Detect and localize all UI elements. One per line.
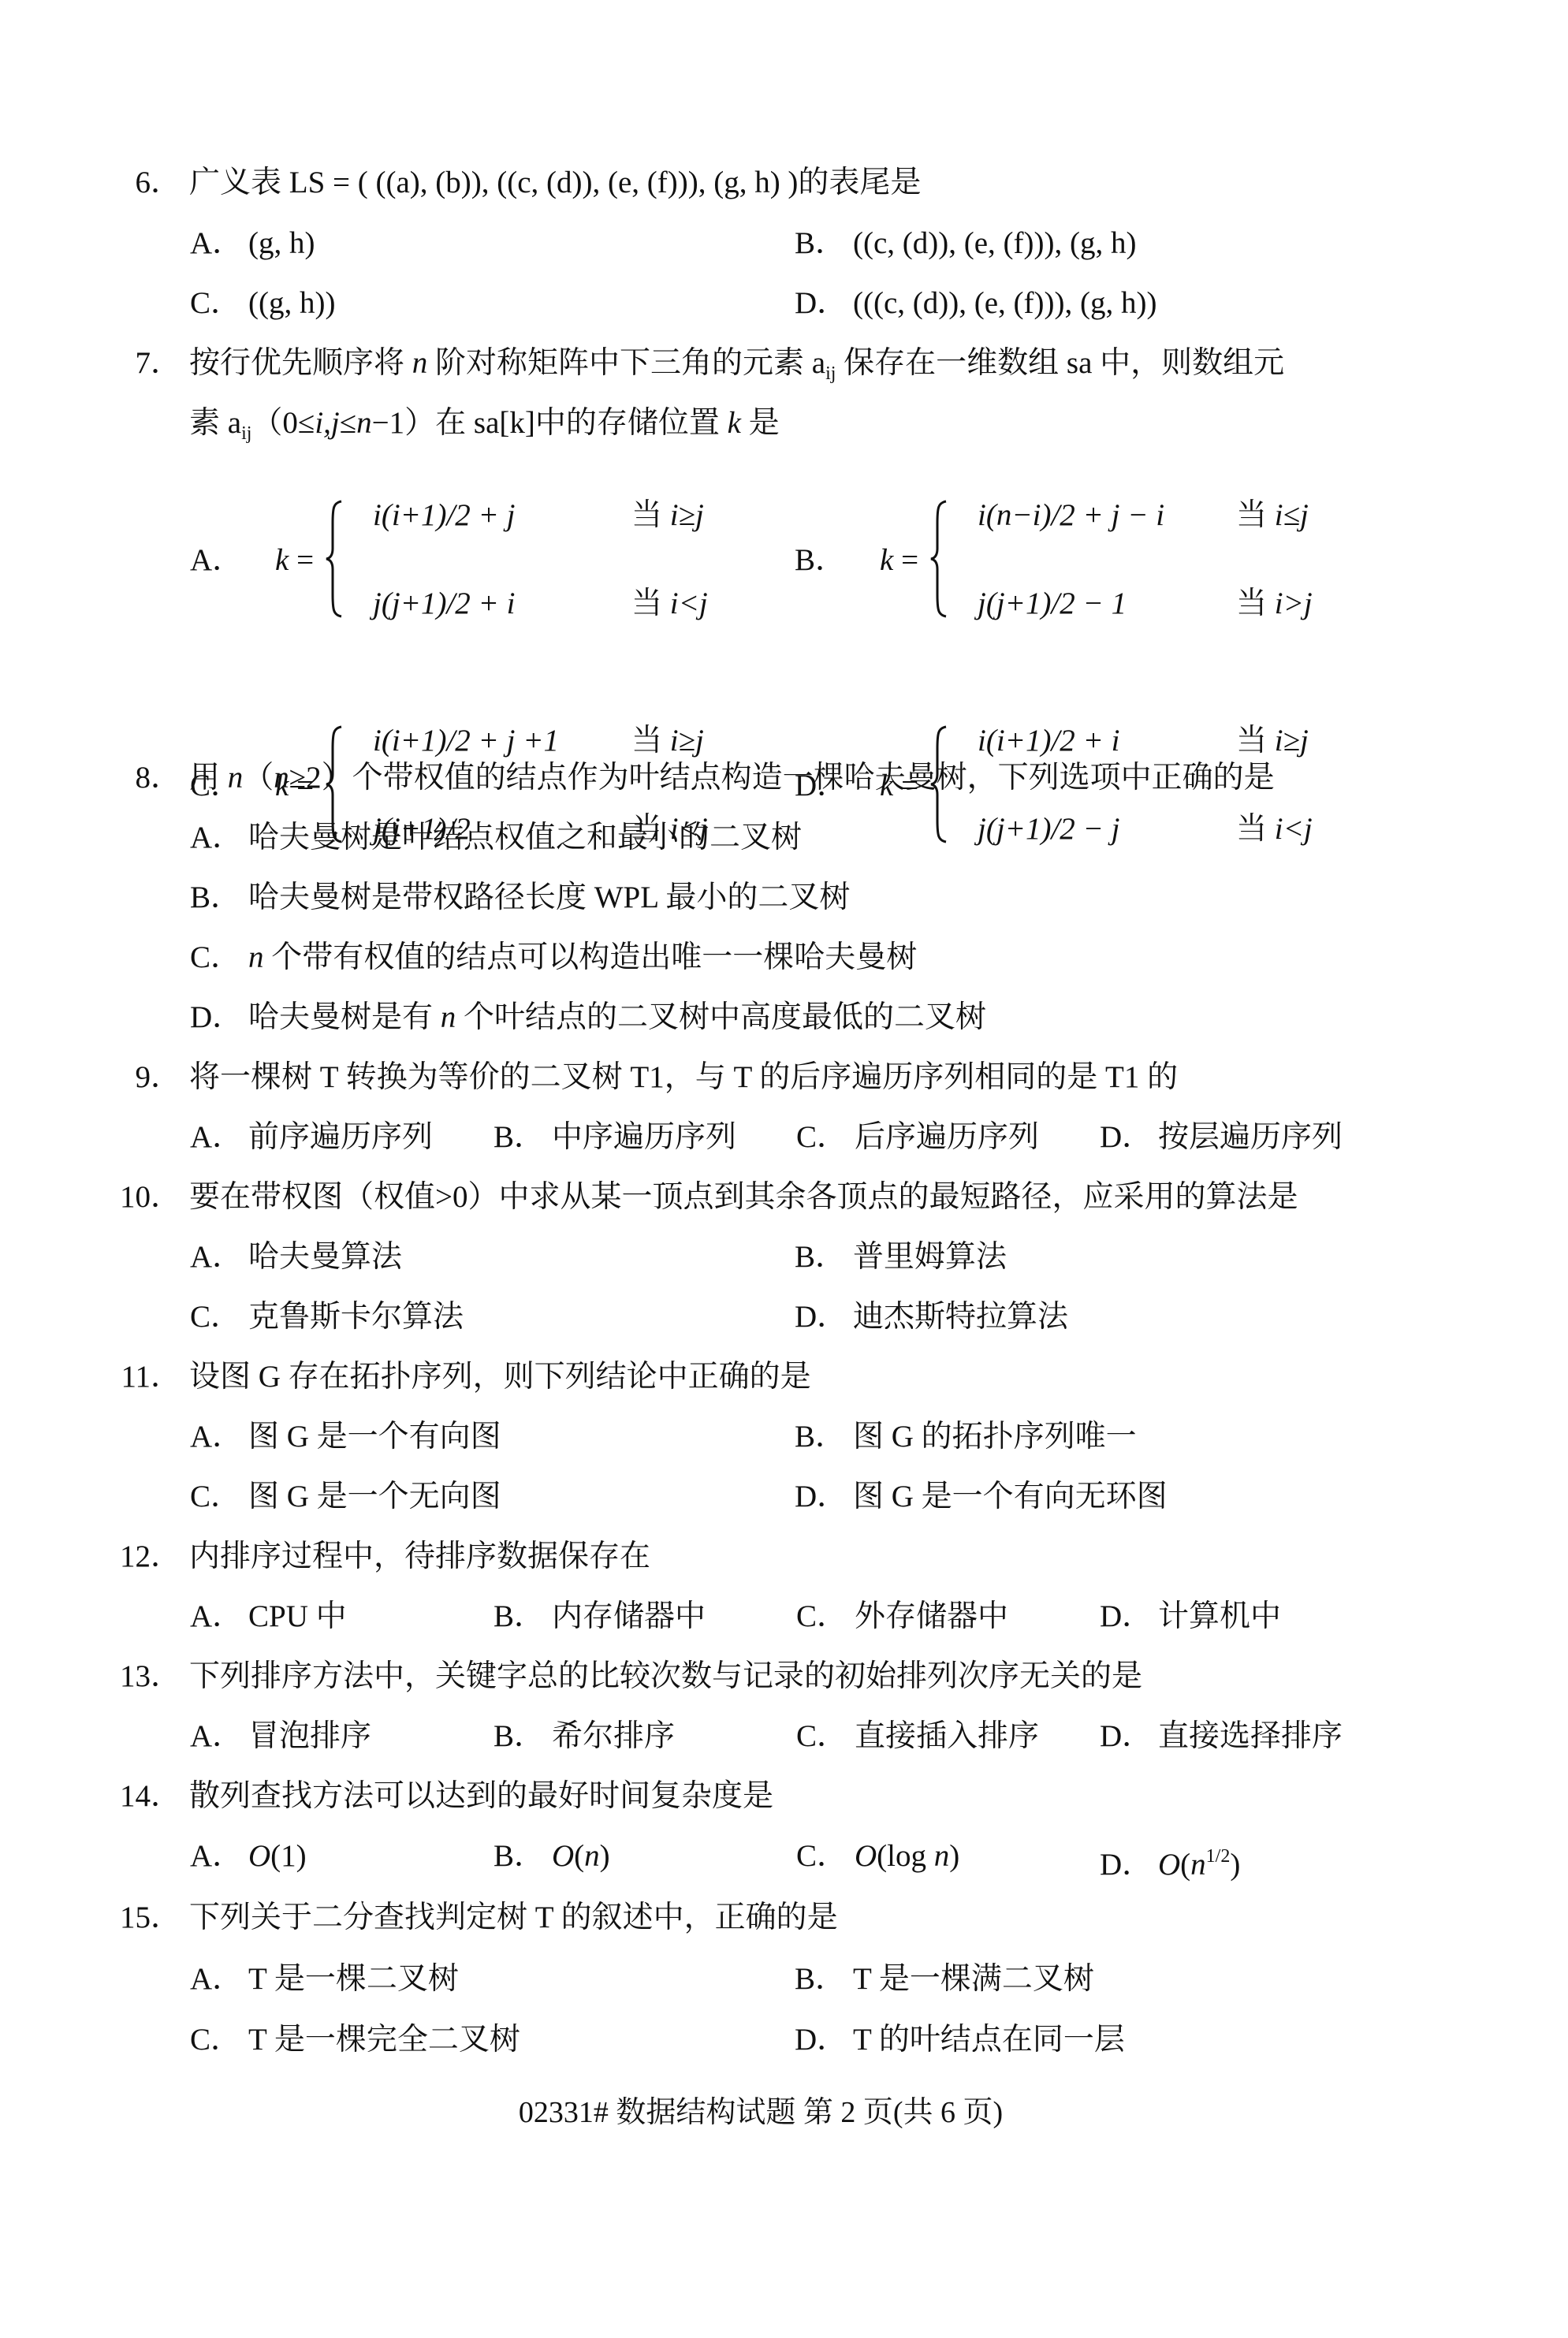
option-letter: B． [493, 1714, 552, 1759]
q15-option-a[interactable]: A．T 是一棵二叉树 [190, 1957, 459, 2001]
case-2: j(j+1)/2 + i [373, 582, 515, 626]
question-7: 7． 按行优先顺序将 n 阶对称矩阵中下三角的元素 aij 保存在一维数组 sa… [0, 341, 1568, 385]
option-text: 内存储器中 [552, 1599, 706, 1633]
question-number: 8． [118, 756, 181, 800]
q10-option-b[interactable]: B．普里姆算法 [795, 1235, 1007, 1279]
q12-option-a[interactable]: A．CPU 中 [190, 1595, 347, 1639]
option-letter: A． [190, 1834, 248, 1878]
paren: ) [949, 1839, 959, 1873]
question-12: 12． 内排序过程中，待排序数据保存在 [0, 1535, 1568, 1579]
option-text: T 是一棵完全二叉树 [248, 2023, 520, 2057]
question-number: 6． [118, 161, 181, 205]
option-text: 个叶结点的二叉树中高度最低的二叉树 [456, 1000, 986, 1034]
question-stem: 用 n（n≥2）个带权值的结点作为叶结点构造一棵哈夫曼树，下列选项中正确的是 [189, 756, 1275, 800]
option-letter: B． [190, 876, 248, 920]
condition-2: 当 i>j [1236, 582, 1313, 626]
q15-option-d[interactable]: D．T 的叶结点在同一层 [795, 2018, 1125, 2062]
option-letter: C． [796, 1595, 855, 1639]
stem-text: （0≤ [251, 406, 315, 440]
option-letter: A． [190, 1595, 248, 1639]
question-8: 8． 用 n（n≥2）个带权值的结点作为叶结点构造一棵哈夫曼树，下列选项中正确的… [0, 756, 1568, 800]
question-stem: 下列排序方法中，关键字总的比较次数与记录的初始排列次序无关的是 [189, 1655, 1142, 1699]
option-letter: D． [1100, 1595, 1158, 1639]
option-text: 直接选择排序 [1158, 1719, 1343, 1753]
option-letter: D． [795, 281, 853, 326]
condition-2: 当 i<j [1236, 807, 1313, 851]
paren: ) [1230, 1848, 1240, 1882]
option-letter: A． [190, 1415, 248, 1459]
option-text: T 的叶结点在同一层 [853, 2023, 1125, 2057]
option-text: 后序遍历序列 [855, 1120, 1039, 1154]
q15-option-b[interactable]: B．T 是一棵满二叉树 [795, 1957, 1094, 2001]
question-7-line-2: 素 aij（0≤i,j≤n−1）在 sa[k]中的存储位置 k 是 [189, 401, 780, 445]
option-text: 克鲁斯卡尔算法 [248, 1300, 464, 1334]
option-text: ((c, (d)), (e, (f))), (g, h) [853, 226, 1136, 260]
question-stem: 设图 G 存在拓扑序列，则下列结论中正确的是 [189, 1355, 811, 1399]
option-text: 计算机中 [1158, 1599, 1281, 1633]
option-text: CPU 中 [248, 1599, 347, 1633]
variable-n: n [1190, 1848, 1206, 1882]
condition-1: 当 i≥j [631, 493, 704, 538]
option-text: T 是一棵满二叉树 [853, 1962, 1094, 1996]
option-letter: B． [795, 538, 846, 583]
option-letter: B． [795, 222, 853, 266]
question-9: 9． 将一棵树 T 转换为等价的二叉树 T1，与 T 的后序遍历序列相同的是 T… [0, 1055, 1568, 1100]
question-stem: 散列查找方法可以达到的最好时间复杂度是 [189, 1774, 773, 1819]
variable-n: n [441, 1000, 456, 1034]
condition-2: 当 i<j [631, 582, 708, 626]
question-stem: 内排序过程中，待排序数据保存在 [189, 1535, 650, 1579]
question-13: 13． 下列排序方法中，关键字总的比较次数与记录的初始排列次序无关的是 [0, 1655, 1568, 1699]
q6-option-d[interactable]: D．(((c, (d)), (e, (f))), (g, h)) [795, 281, 1156, 326]
option-text: 冒泡排序 [248, 1719, 371, 1753]
question-number: 14． [118, 1774, 181, 1819]
option-text: 希尔排序 [552, 1719, 675, 1753]
option-letter: D． [1100, 1843, 1158, 1887]
option-letter: C． [190, 2018, 248, 2062]
stem-text: 阶对称矩阵中下三角的元素 a [427, 346, 825, 380]
q10-option-a[interactable]: A．哈夫曼算法 [190, 1235, 402, 1279]
option-text: (((c, (d)), (e, (f))), (g, h)) [853, 286, 1156, 320]
option-letter: A． [190, 1235, 248, 1279]
stem-text: ≤ [340, 406, 356, 440]
option-text: 外存储器中 [855, 1599, 1008, 1633]
option-text: 哈夫曼树是有 [248, 1000, 441, 1034]
q13-option-d[interactable]: D．直接选择排序 [1100, 1714, 1343, 1759]
option-text: T 是一棵二叉树 [248, 1962, 459, 1996]
stem-text: 素 a [189, 406, 241, 440]
left-brace-icon [326, 500, 343, 618]
option-letter: D． [1100, 1115, 1158, 1160]
option-letter: C． [190, 1295, 248, 1339]
q8-option-b[interactable]: B．哈夫曼树是带权路径长度 WPL 最小的二叉树 [190, 876, 850, 920]
option-text: 哈夫曼算法 [248, 1240, 402, 1274]
q11-option-b[interactable]: B．图 G 的拓扑序列唯一 [795, 1415, 1137, 1459]
option-letter: A． [190, 1957, 248, 2001]
question-number: 15． [118, 1896, 181, 1940]
option-text: 图 G 是一个有向无环图 [853, 1480, 1168, 1513]
q9-option-d[interactable]: D．按层遍历序列 [1100, 1115, 1343, 1160]
option-letter: B． [493, 1834, 552, 1878]
subscript-ij: ij [825, 363, 836, 384]
option-letter: C． [190, 1475, 248, 1519]
option-text: (g, h) [248, 226, 315, 260]
stem-text: 保存在一维数组 sa 中，则数组元 [836, 346, 1284, 380]
question-number: 10． [118, 1175, 181, 1219]
q12-option-d[interactable]: D．计算机中 [1100, 1595, 1281, 1639]
question-stem: 要在带权图（权值>0）中求从某一顶点到其余各顶点的最短路径，应采用的算法是 [189, 1175, 1298, 1219]
q8-option-a[interactable]: A．哈夫曼树是叶结点权值之和最小的二叉树 [190, 816, 802, 860]
option-text: 图 G 的拓扑序列唯一 [853, 1420, 1137, 1454]
option-letter: D． [795, 1295, 853, 1339]
case-1: i(i+1)/2 + j [373, 493, 515, 538]
option-letter: A． [190, 1115, 248, 1160]
option-text: 图 G 是一个无向图 [248, 1480, 501, 1513]
paren: ( [1180, 1848, 1190, 1882]
question-10: 10． 要在带权图（权值>0）中求从某一顶点到其余各顶点的最短路径，应采用的算法… [0, 1175, 1568, 1219]
variable-n: n [248, 940, 264, 974]
question-stem-line-1: 按行优先顺序将 n 阶对称矩阵中下三角的元素 aij 保存在一维数组 sa 中，… [189, 341, 1284, 396]
condition-1: 当 i≤j [1236, 493, 1309, 538]
option-letter: B． [493, 1595, 552, 1639]
stem-text: 按行优先顺序将 [189, 346, 412, 380]
option-text: 普里姆算法 [853, 1240, 1007, 1274]
question-15: 15． 下列关于二分查找判定树 T 的叙述中，正确的是 [0, 1896, 1568, 1940]
exponent: 1/2 [1206, 1846, 1231, 1867]
variable-k: k [728, 406, 741, 440]
variable-n: n [356, 406, 372, 440]
option-text: 中序遍历序列 [552, 1120, 736, 1154]
case-2: j(j+1)/2 − j [978, 807, 1119, 851]
question-number: 11． [118, 1355, 181, 1399]
q10-option-c[interactable]: C．克鲁斯卡尔算法 [190, 1295, 464, 1339]
subscript-ij: ij [241, 423, 251, 444]
q15-option-c[interactable]: C．T 是一棵完全二叉树 [190, 2018, 520, 2062]
option-arg: (1) [270, 1839, 306, 1873]
option-letter: D． [190, 996, 248, 1040]
q14-option-a[interactable]: A．O(1) [190, 1834, 307, 1878]
question-number: 7． [118, 341, 181, 385]
q6-option-b[interactable]: B．((c, (d)), (e, (f))), (g, h) [795, 222, 1136, 266]
page-footer: 02331# 数据结构试题 第 2 页(共 6 页) [0, 2090, 1521, 2135]
variable-n: n [584, 1839, 600, 1873]
question-stem: 将一棵树 T 转换为等价的二叉树 T1，与 T 的后序遍历序列相同的是 T1 的 [189, 1055, 1178, 1100]
left-brace-icon [930, 500, 948, 618]
paren: (log [877, 1839, 934, 1873]
q6-option-a[interactable]: A．(g, h) [190, 222, 315, 266]
k-equals: k = [880, 538, 918, 583]
q9-option-a[interactable]: A．前序遍历序列 [190, 1115, 433, 1160]
q13-option-a[interactable]: A．冒泡排序 [190, 1714, 371, 1759]
q8-option-c[interactable]: C．n 个带有权值的结点可以构造出唯一一棵哈夫曼树 [190, 936, 917, 980]
big-o: O [552, 1839, 574, 1873]
q14-option-d[interactable]: D．O(n1/2) [1100, 1834, 1240, 1878]
option-letter: C． [190, 936, 248, 980]
option-letter: B． [795, 1235, 853, 1279]
case-2: j(j+1)/2 − 1 [978, 582, 1127, 626]
q13-option-c[interactable]: C．直接插入排序 [796, 1714, 1039, 1759]
stem-text: 是 [741, 406, 780, 440]
option-letter: B． [493, 1115, 552, 1160]
stem-text: −1）在 sa[k]中的存储位置 [372, 406, 728, 440]
option-text: 前序遍历序列 [248, 1120, 433, 1154]
option-text: 哈夫曼树是带权路径长度 WPL 最小的二叉树 [248, 880, 850, 914]
option-letter: B． [795, 1957, 853, 2001]
k-equals: k = [275, 538, 314, 583]
big-o: O [1158, 1848, 1180, 1882]
option-letter: C． [796, 1115, 855, 1160]
option-letter: C． [796, 1714, 855, 1759]
question-6: 6． 广义表 LS = ( ((a), (b)), ((c, (d)), (e,… [0, 161, 1568, 205]
case-1: i(n−i)/2 + j − i [978, 493, 1164, 538]
option-text: ((g, h)) [248, 286, 335, 320]
q8-option-d[interactable]: D．哈夫曼树是有 n 个叶结点的二叉树中高度最低的二叉树 [190, 996, 986, 1040]
question-number: 13． [118, 1655, 181, 1699]
option-letter: A． [190, 538, 243, 583]
option-text: 哈夫曼树是叶结点权值之和最小的二叉树 [248, 821, 802, 854]
option-letter: A． [190, 222, 248, 266]
option-letter: D． [795, 2018, 853, 2062]
question-stem: 广义表 LS = ( ((a), (b)), ((c, (d)), (e, (f… [189, 161, 921, 205]
option-letter: A． [190, 1714, 248, 1759]
question-number: 12． [118, 1535, 181, 1579]
option-letter: D． [1100, 1714, 1158, 1759]
paren: ) [600, 1839, 610, 1873]
q11-option-d[interactable]: D．图 G 是一个有向无环图 [795, 1475, 1168, 1519]
big-o: O [855, 1839, 877, 1873]
q9-option-b[interactable]: B．中序遍历序列 [493, 1115, 736, 1160]
q6-option-c[interactable]: C．((g, h)) [190, 281, 335, 326]
question-11: 11． 设图 G 存在拓扑序列，则下列结论中正确的是 [0, 1355, 1568, 1399]
variable-n: n [934, 1839, 950, 1873]
variables-ij: i,j [315, 406, 339, 440]
option-letter: B． [795, 1415, 853, 1459]
q13-option-b[interactable]: B．希尔排序 [493, 1714, 675, 1759]
q14-option-c[interactable]: C．O(log n) [796, 1834, 959, 1878]
option-text: 图 G 是一个有向图 [248, 1420, 501, 1454]
option-text: 个带有权值的结点可以构造出唯一一棵哈夫曼树 [264, 940, 918, 974]
q7-option-a[interactable]: A． k = i(i+1)/2 + j 当 i≥j j(j+1)/2 + i 当… [190, 493, 742, 627]
q11-option-a[interactable]: A．图 G 是一个有向图 [190, 1415, 501, 1459]
option-text: 按层遍历序列 [1158, 1120, 1343, 1154]
question-number: 9． [118, 1055, 181, 1100]
question-14: 14． 散列查找方法可以达到的最好时间复杂度是 [0, 1774, 1568, 1819]
q12-option-c[interactable]: C．外存储器中 [796, 1595, 1008, 1639]
option-letter: D． [795, 1475, 853, 1519]
option-text: 直接插入排序 [855, 1719, 1039, 1753]
q10-option-d[interactable]: D．迪杰斯特拉算法 [795, 1295, 1068, 1339]
option-letter: C． [190, 281, 248, 326]
q14-option-b[interactable]: B．O(n) [493, 1834, 610, 1878]
variable-n: n [412, 346, 428, 380]
question-stem: 下列关于二分查找判定树 T 的叙述中，正确的是 [189, 1896, 838, 1940]
q9-option-c[interactable]: C．后序遍历序列 [796, 1115, 1039, 1160]
q11-option-c[interactable]: C．图 G 是一个无向图 [190, 1475, 501, 1519]
option-text: 迪杰斯特拉算法 [853, 1300, 1068, 1334]
option-letter: A． [190, 816, 248, 860]
big-o: O [248, 1839, 270, 1873]
q12-option-b[interactable]: B．内存储器中 [493, 1595, 706, 1639]
option-letter: C． [796, 1834, 855, 1878]
q7-option-b[interactable]: B． k = i(n−i)/2 + j − i 当 i≤j j(j+1)/2 −… [795, 493, 1394, 627]
paren: ( [574, 1839, 584, 1873]
